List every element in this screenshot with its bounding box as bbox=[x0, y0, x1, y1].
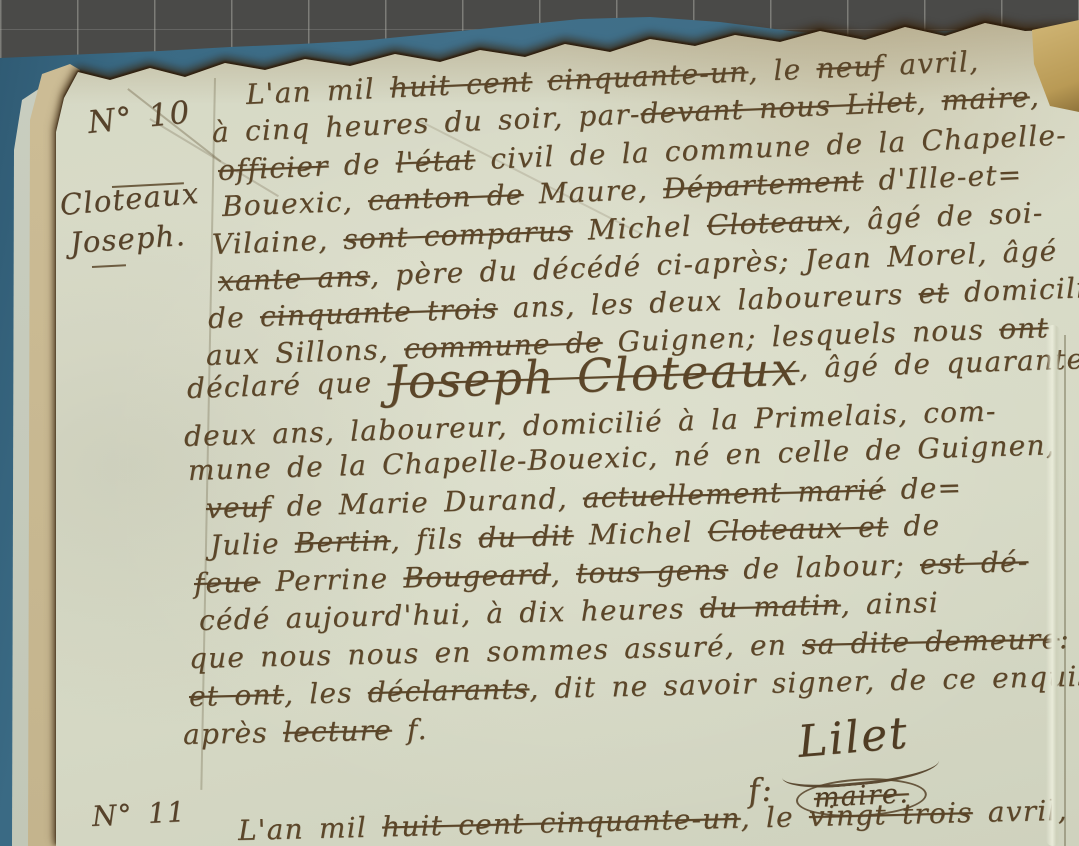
handwritten-word: domiciliés bbox=[948, 270, 1079, 309]
struck-word: et bbox=[918, 276, 949, 310]
struck-word: Cloteaux et bbox=[707, 510, 888, 548]
handwritten-word: , dit ne savoir signer, de ce enquis, bbox=[529, 659, 1079, 705]
struck-word: vingt trois bbox=[808, 796, 973, 833]
struck-word: est dé- bbox=[920, 545, 1029, 581]
struck-word: du matin bbox=[699, 588, 841, 624]
margin-name-firstname: Joseph. bbox=[69, 220, 187, 258]
handwritten-word: Michel bbox=[572, 209, 707, 247]
struck-word: sont comparus bbox=[343, 214, 574, 256]
handwritten-word: , bbox=[1029, 80, 1041, 113]
record-line: après lecture f. bbox=[183, 715, 428, 750]
struck-word: Cloteaux bbox=[706, 204, 842, 242]
register-page: N° 10 Cloteaux Joseph. L'an mil huit cen… bbox=[0, 0, 1079, 846]
handwritten-word: Michel bbox=[573, 515, 708, 552]
handwritten-word: d'Ille-et= bbox=[863, 158, 1023, 197]
handwritten-word: de Marie Durand, bbox=[271, 481, 583, 523]
struck-word: Département bbox=[662, 164, 864, 205]
struck-word: officier bbox=[217, 149, 329, 187]
handwritten-word: , le bbox=[748, 52, 818, 88]
next-record-first-line: L'an mil huit cent cinquante-un, le ving… bbox=[238, 796, 1068, 846]
handwritten-word: de labour; bbox=[728, 548, 921, 586]
struck-word: Bertin bbox=[294, 524, 391, 560]
struck-word: tous gens bbox=[576, 553, 729, 590]
handwritten-word bbox=[532, 64, 549, 98]
struck-word: neuf bbox=[816, 49, 885, 85]
page-fold-line bbox=[1064, 335, 1066, 846]
handwritten-word: de bbox=[207, 300, 260, 335]
handwritten-word: L'an mil bbox=[245, 71, 390, 111]
handwritten-word: cédé aujourd'hui, à dix heures bbox=[199, 592, 701, 637]
mayor-signature: Lilet bbox=[797, 718, 910, 758]
paper-surface: N° 10 Cloteaux Joseph. L'an mil huit cen… bbox=[0, 0, 1079, 846]
handwritten-word: Perrine bbox=[260, 562, 404, 599]
handwritten-word: , le bbox=[740, 800, 809, 835]
handwritten-word: L'an mil bbox=[238, 810, 383, 846]
handwritten-word: , fils bbox=[390, 522, 479, 557]
struck-word: huit cent cinquante-un bbox=[382, 802, 741, 844]
margin-name-surname: Cloteaux bbox=[59, 178, 201, 220]
struck-word: maire bbox=[941, 80, 1031, 117]
handwritten-word: f. bbox=[392, 713, 428, 747]
struck-word: cinquante trois bbox=[259, 292, 498, 333]
struck-word: huit cent bbox=[389, 65, 533, 104]
handwritten-word: , bbox=[550, 557, 576, 591]
struck-word: du dit bbox=[478, 519, 574, 555]
handwritten-word: de bbox=[328, 147, 396, 183]
struck-word: canton de bbox=[367, 178, 524, 217]
handwritten-word: de= bbox=[885, 471, 963, 506]
struck-word: déclarants bbox=[367, 672, 529, 709]
handwritten-word: déclaré que bbox=[186, 365, 387, 405]
struck-word: xante ans bbox=[217, 259, 370, 298]
struck-word: veuf bbox=[206, 490, 272, 525]
struck-word: Bougeard bbox=[403, 558, 551, 595]
handwritten-word: de bbox=[888, 509, 941, 543]
handwritten-word: Bouexic, bbox=[221, 184, 368, 223]
struck-word: feue bbox=[194, 565, 261, 600]
struck-word: actuellement marié bbox=[582, 473, 886, 514]
struck-word: sa dite demeure bbox=[802, 622, 1060, 661]
handwritten-word: Vilaine, bbox=[211, 223, 344, 261]
margin-dash bbox=[92, 264, 126, 268]
handwritten-word: avril, bbox=[883, 45, 979, 82]
handwritten-word: , bbox=[916, 84, 943, 118]
margin-entry-number: N° 10 bbox=[86, 97, 192, 138]
struck-word: lecture bbox=[283, 714, 393, 749]
struck-word: l'état bbox=[395, 143, 476, 179]
handwritten-word: , les bbox=[284, 676, 369, 711]
handwritten-word: Maure, bbox=[523, 172, 664, 211]
handwritten-word: Julie bbox=[210, 527, 296, 562]
handwritten-word: , âgé de soi- bbox=[841, 196, 1044, 237]
struck-word: ont bbox=[999, 311, 1050, 346]
handwritten-word: , ainsi bbox=[840, 586, 939, 621]
struck-word: et ont bbox=[189, 678, 285, 713]
margin-entry-number-next: N° 11 bbox=[91, 797, 186, 832]
page-fold-highlight bbox=[1046, 325, 1060, 846]
handwritten-word: après bbox=[183, 716, 284, 751]
